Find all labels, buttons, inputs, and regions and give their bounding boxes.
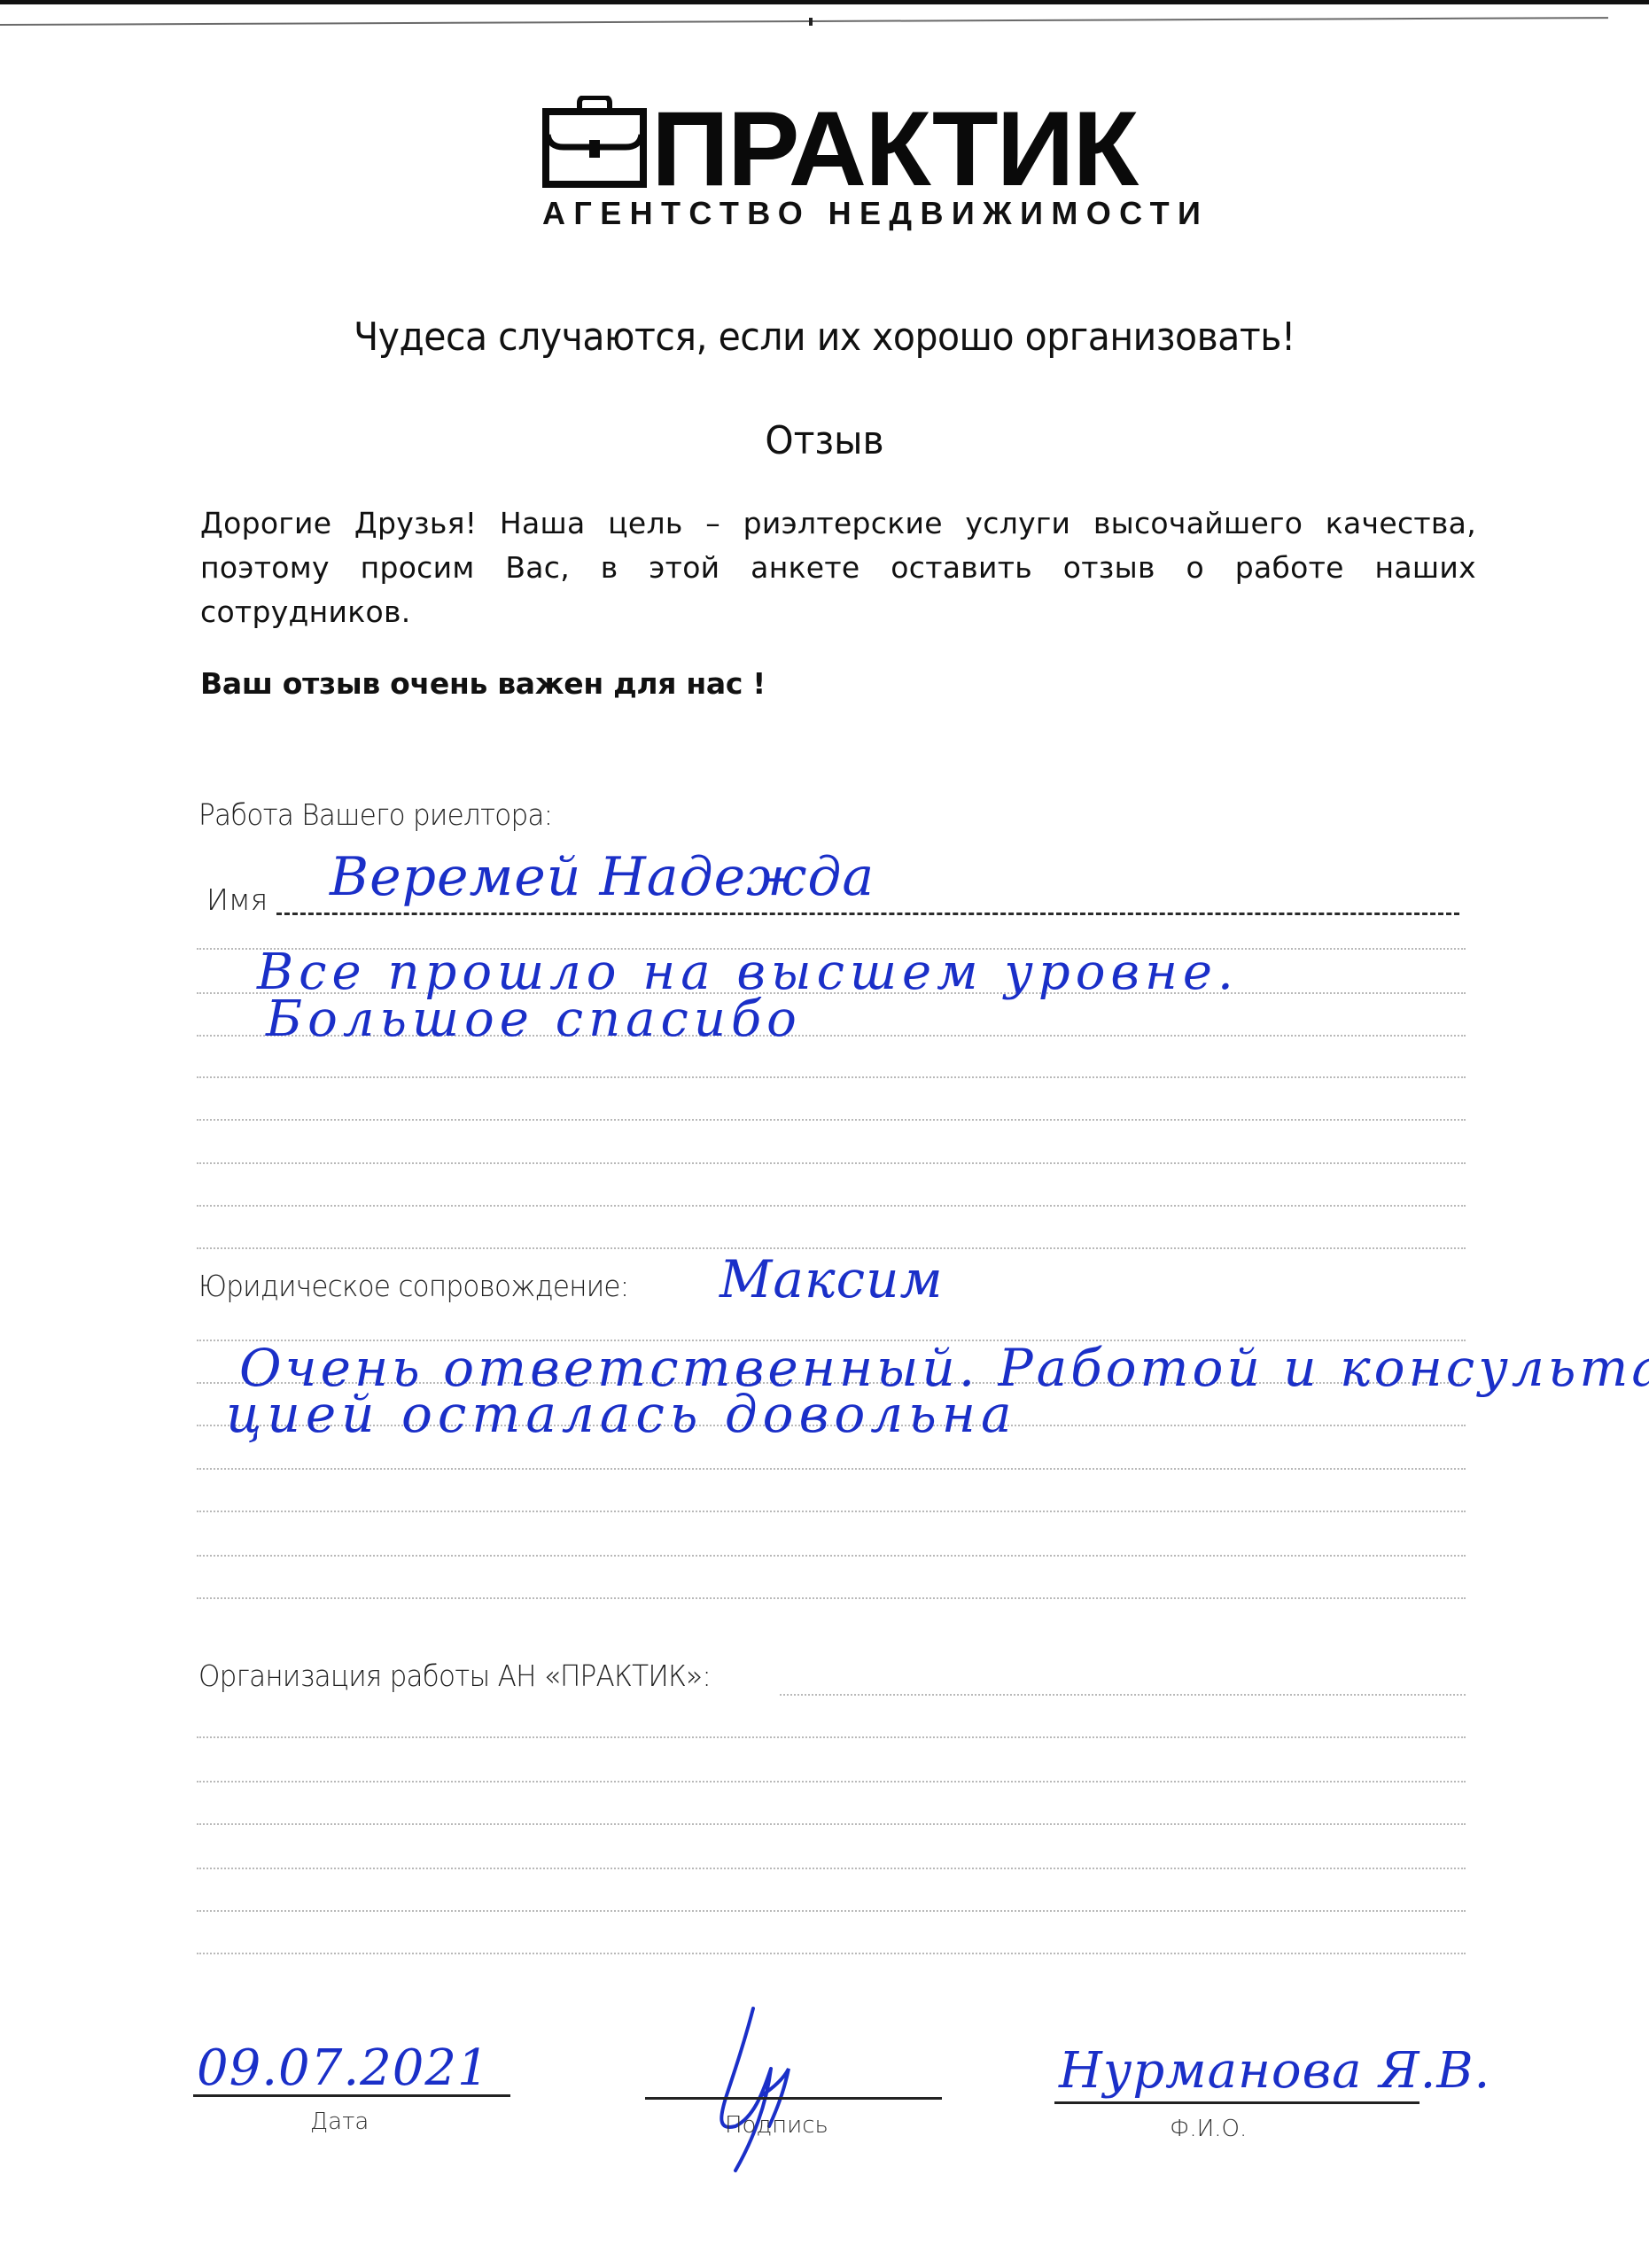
scan-mark (809, 18, 813, 26)
organization-comment-line[interactable] (197, 1823, 1466, 1825)
date-value[interactable]: 09.07.2021 (197, 2039, 490, 2097)
organization-comment-line[interactable] (197, 1910, 1466, 1912)
organization-comment-line[interactable] (197, 1953, 1466, 1954)
realtor-comment-line[interactable] (197, 1162, 1466, 1164)
slogan: Чудеса случаются, если их хорошо организ… (58, 315, 1591, 360)
legal-section-label: Юридическое сопровождение: (198, 1269, 628, 1303)
date-line[interactable] (193, 2094, 510, 2097)
important-note: Ваш отзыв очень важен для нас ! (200, 666, 766, 701)
page-title: Отзыв (58, 418, 1591, 463)
realtor-comment-line[interactable] (197, 1119, 1466, 1121)
fio-value[interactable]: Нурманова Я.В. (1059, 2042, 1490, 2100)
date-caption: Дата (310, 2109, 369, 2135)
legal-comment-line[interactable] (197, 1555, 1466, 1557)
organization-comment-line[interactable] (780, 1694, 1466, 1696)
scan-top-border (0, 0, 1649, 4)
signature-line[interactable] (645, 2097, 942, 2100)
realtor-comment-line[interactable] (197, 1205, 1466, 1207)
signature-caption: Подпись (725, 2112, 828, 2139)
signature-mark[interactable] (700, 2007, 806, 2175)
intro-text: Дорогие Друзья! Наша цель – риэлтерские … (200, 501, 1476, 634)
name-input-line[interactable] (276, 913, 1459, 915)
legal-comment-line[interactable] (197, 1597, 1466, 1599)
legal-comment-line[interactable] (197, 1468, 1466, 1470)
legal-comment-line[interactable] (197, 1511, 1466, 1512)
fio-line[interactable] (1054, 2101, 1420, 2104)
fio-caption: Ф.И.О. (1170, 2116, 1247, 2142)
organization-comment-line[interactable] (197, 1868, 1466, 1869)
legal-name-value[interactable]: Максим (719, 1249, 944, 1309)
realtor-comment-line[interactable] (197, 1076, 1466, 1078)
scan-page-edge (0, 17, 1608, 26)
legal-comment-text[interactable]: цией осталась довольна (226, 1384, 1017, 1444)
logo-subtitle: АГЕНТСТВО НЕДВИЖИМОСТИ (542, 195, 1209, 232)
name-label: Имя (206, 882, 268, 917)
logo-wordmark: ПРАКТИК (651, 105, 1137, 193)
organization-comment-line[interactable] (197, 1781, 1466, 1783)
realtor-section-label: Работа Вашего риелтора: (198, 797, 552, 832)
briefcase-icon (542, 96, 647, 188)
realtor-name-value[interactable]: Веремей Надежда (330, 846, 875, 908)
organization-section-label: Организация работы АН «ПРАКТИК»: (198, 1658, 711, 1693)
realtor-comment-text[interactable]: Большое спасибо (266, 990, 802, 1048)
organization-comment-line[interactable] (197, 1736, 1466, 1738)
